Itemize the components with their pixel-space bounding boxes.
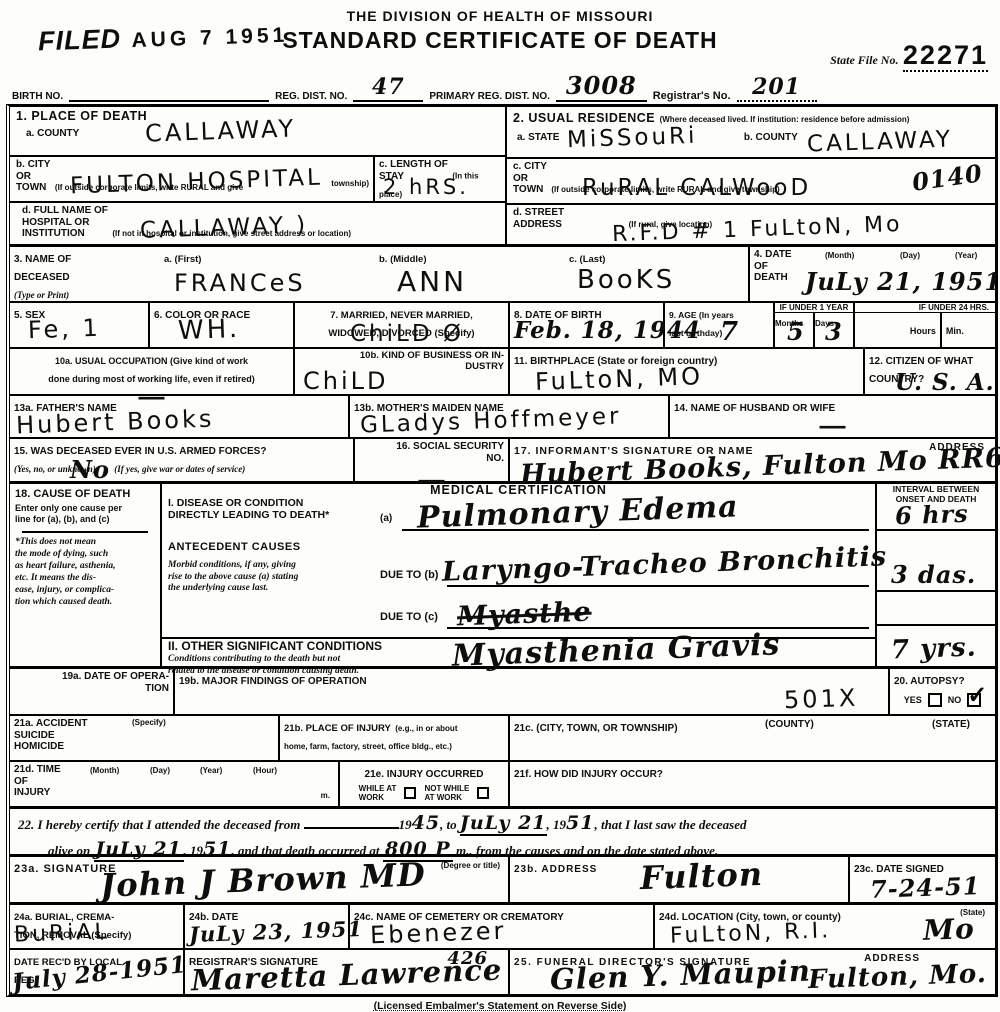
certify-19c: , 19 bbox=[184, 843, 204, 858]
primary-reg-label: PRIMARY REG. DIST. NO. bbox=[429, 91, 550, 102]
middle-name-value: ANN bbox=[397, 265, 467, 298]
date-signed-field: 23c. DATE SIGNED 7-24-51 bbox=[850, 857, 995, 902]
age-value: 7 bbox=[720, 317, 739, 347]
certification-statement: 22. I hereby certify that I attended the… bbox=[10, 809, 995, 857]
place-city-field: b. CITY OR TOWN (If outside corporate li… bbox=[10, 157, 375, 201]
business-value: ChiLD bbox=[303, 367, 389, 395]
date-of-death-year-label: (Year) bbox=[955, 251, 977, 260]
residence-city-value: RuRAL CALWooD bbox=[582, 175, 811, 201]
date-of-birth-value: Feb. 18, 1944 bbox=[514, 317, 701, 344]
place-of-injury-label: 21b. PLACE OF INJURY bbox=[284, 723, 391, 734]
interval-b-value: 3 das. bbox=[891, 560, 976, 589]
date-signed-value: 7-24-51 bbox=[870, 871, 981, 904]
how-injury-occurred-field: 21f. HOW DID INJURY OCCUR? bbox=[510, 762, 995, 806]
check-icon: ✓ bbox=[967, 681, 987, 710]
primary-reg-value: 3008 bbox=[556, 71, 647, 102]
age-min-label: Min. bbox=[946, 326, 964, 336]
birthplace-field: 11. BIRTHPLACE (State or foreign country… bbox=[510, 349, 865, 394]
first-name-label: a. (First) bbox=[164, 254, 201, 265]
certify-seg5: m., from the causes and on the date stat… bbox=[456, 843, 718, 858]
due-to-c-value: Myasthe bbox=[457, 597, 593, 633]
residence-county-label: b. COUNTY bbox=[744, 132, 798, 143]
major-findings-field: 19b. MAJOR FINDINGS OF OPERATION 501X bbox=[175, 669, 890, 714]
not-while-at-work-label: NOT WHILE AT WORK bbox=[424, 784, 469, 802]
autopsy-field: 20. AUTOPSY? YES NO ✓ bbox=[890, 669, 995, 714]
burial-date-field: 24b. DATE JuLy 23, 1951 bbox=[185, 905, 350, 948]
age-min-field: Min. bbox=[942, 313, 995, 347]
informant-row: 15. WAS DECEASED EVER IN U.S. ARMED FORC… bbox=[10, 439, 995, 484]
date-of-death-value: JuLy 21, 1951 bbox=[805, 267, 1000, 296]
place-residence-section: 1. PLACE OF DEATH a. COUNTY CALLAWAY b. … bbox=[10, 107, 995, 247]
date-of-death-day-label: (Day) bbox=[900, 251, 920, 260]
armed-forces-value: No bbox=[70, 455, 110, 484]
injury-occurred-field: 21e. INJURY OCCURRED WHILE AT WORK NOT W… bbox=[340, 762, 510, 806]
certify-seg1: I hereby certify that I attended the dec… bbox=[38, 817, 301, 832]
burial-location-value: FuLtoN, R.I. bbox=[670, 918, 832, 949]
armed-forces-paren2: (If yes, give war or dates of service) bbox=[114, 464, 245, 474]
due-to-b-label: DUE TO (b) bbox=[380, 569, 438, 582]
injury-city-label: 21c. (CITY, TOWN, OR TOWNSHIP) bbox=[514, 723, 678, 734]
autopsy-no-checkbox: ✓ bbox=[967, 693, 981, 707]
ssn-label: 16. SOCIAL SECURITY NO. bbox=[396, 441, 504, 464]
certify-to-date: JuLy 21 bbox=[460, 812, 547, 836]
name-of-deceased-section: 3. NAME OF DECEASED (Type or Print) a. (… bbox=[10, 247, 750, 301]
cause-sidebar: 18. CAUSE OF DEATH Enter only one cause … bbox=[10, 484, 162, 666]
father-name-value: Hubert Books bbox=[16, 405, 215, 440]
certify-to-year: 51 bbox=[566, 812, 594, 834]
street-address-value: R.F.D # 1 FuLtoN, Mo bbox=[612, 212, 903, 247]
place-city-row: b. CITY OR TOWN (If outside corporate li… bbox=[10, 157, 505, 203]
age-days-field: Days 3 bbox=[815, 313, 853, 347]
time-of-injury-label: 21d. TIME OF INJURY bbox=[14, 764, 61, 799]
vital-stats-row: 5. SEX Fe, 1 6. COLOR OR RACE WH. 7. MAR… bbox=[10, 303, 995, 349]
due-to-c-label: DUE TO (c) bbox=[380, 611, 438, 624]
place-county-field: 1. PLACE OF DEATH a. COUNTY CALLAWAY bbox=[10, 107, 505, 157]
antecedent-line: ANTECEDENT CAUSES Morbid conditions, if … bbox=[162, 541, 875, 603]
autopsy-no-label: NO bbox=[948, 695, 962, 705]
accident-suicide-homicide-field: 21a. ACCIDENT SUICIDE HOMICIDE (Specify) bbox=[10, 716, 280, 760]
interval-other-value: 7 yrs. bbox=[891, 633, 978, 666]
date-of-birth-field: 8. DATE OF BIRTH Feb. 18, 1944 bbox=[510, 303, 665, 347]
armed-forces-label: 15. WAS DECEASED EVER IN U.S. ARMED FORC… bbox=[14, 446, 266, 457]
medical-certification-area: MEDICAL CERTIFICATION I. DISEASE OR COND… bbox=[162, 484, 877, 666]
burial-date-value: JuLy 23, 1951 bbox=[189, 916, 364, 947]
residence-title-paren: (Where deceased lived. If institution: r… bbox=[660, 115, 910, 124]
disease-a-label: (a) bbox=[380, 513, 392, 525]
cause-of-death-section: 18. CAUSE OF DEATH Enter only one cause … bbox=[10, 484, 995, 669]
place-city-paren2: township) bbox=[331, 179, 369, 188]
age-months-value: 5 bbox=[787, 317, 805, 346]
date-received-field: DATE REC'D BY LOCAL REG. July 28-1951 bbox=[10, 950, 185, 994]
residence-state-label: a. STATE bbox=[517, 132, 559, 143]
last-name-label: c. (Last) bbox=[569, 254, 605, 265]
registrar-signature-field: REGISTRAR'S SIGNATURE 426 Maretta Lawren… bbox=[185, 950, 510, 994]
first-name-value: FRANCeS bbox=[174, 269, 306, 297]
embalmer-footer-note: (Licensed Embalmer's Statement on Revers… bbox=[0, 1000, 1000, 1012]
under-one-year-label: IF UNDER 1 YEAR bbox=[775, 303, 853, 313]
injury-hour-label: (Hour) bbox=[253, 766, 277, 775]
autopsy-yes-label: YES bbox=[904, 695, 922, 705]
injury-day-label: (Day) bbox=[150, 766, 170, 775]
burial-type-field: 24a. BURIAL, CREMA- TION, REMOVAL (Speci… bbox=[10, 905, 185, 948]
major-findings-value: 501X bbox=[783, 684, 858, 715]
usual-occupation-label: 10a. USUAL OCCUPATION (Give kind of work… bbox=[48, 356, 255, 384]
place-county-label: a. COUNTY bbox=[26, 128, 79, 139]
spouse-name-field: 14. NAME OF HUSBAND OR WIFE — bbox=[670, 396, 995, 437]
accident-suicide-homicide-label: 21a. ACCIDENT SUICIDE HOMICIDE bbox=[14, 718, 88, 753]
marital-status-value: ChiLD Ø bbox=[350, 321, 464, 347]
date-of-death-field: 4. DATE OF DEATH (Month) (Day) (Year) Ju… bbox=[750, 247, 995, 301]
residence-county-value: CALLAWAY bbox=[807, 126, 954, 157]
burial-location-field: 24d. LOCATION (City, town, or county) (S… bbox=[655, 905, 995, 948]
not-while-at-work-checkbox bbox=[477, 787, 489, 799]
age-hours-field: Hours bbox=[855, 313, 942, 347]
place-of-injury-field: 21b. PLACE OF INJURY (e.g., in or about … bbox=[280, 716, 510, 760]
injury-state-label: (STATE) bbox=[932, 719, 970, 731]
spouse-name-label: 14. NAME OF HUSBAND OR WIFE bbox=[674, 403, 835, 414]
injury-row-2: 21d. TIME OF INJURY (Month) (Day) (Year)… bbox=[10, 762, 995, 809]
physician-address-label: 23b. ADDRESS bbox=[514, 864, 597, 875]
state-file-number-block: State File No. 22271 bbox=[830, 40, 988, 71]
name-label: 3. NAME OF DECEASED bbox=[14, 254, 71, 283]
citizen-field: 12. CITIZEN OF WHAT COUNTRY? U. S. A. bbox=[865, 349, 995, 394]
interval-a-value: 6 hrs bbox=[895, 499, 970, 531]
usual-residence-section: 2. USUAL RESIDENCE (Where deceased lived… bbox=[507, 107, 995, 244]
birth-no-label: BIRTH NO. bbox=[12, 91, 63, 102]
father-name-field: 13a. FATHER'S NAME Hubert Books bbox=[10, 396, 350, 437]
certify-from-blank bbox=[304, 827, 399, 829]
physician-signature-row: 23a. SIGNATURE (Degree or title) John J … bbox=[10, 857, 995, 905]
physician-address-field: 23b. ADDRESS Fulton bbox=[510, 857, 850, 902]
color-race-field: 6. COLOR OR RACE WH. bbox=[150, 303, 295, 347]
disease-label: I. DISEASE OR CONDITION DIRECTLY LEADING… bbox=[168, 497, 329, 521]
last-name-value: BooKS bbox=[577, 265, 675, 295]
registrar-no-label: Registrar's No. bbox=[653, 90, 731, 102]
mother-name-field: 13b. MOTHER'S MAIDEN NAME GLadys Hoffmey… bbox=[350, 396, 670, 437]
birthplace-value: FuLtoN, MO bbox=[535, 362, 704, 396]
cemetery-field: 24c. NAME OF CEMETERY OR CREMATORY Ebene… bbox=[350, 905, 655, 948]
date-of-operation-field: 19a. DATE OF OPERA- TION bbox=[10, 669, 175, 714]
under-24hrs-cells: Hours Min. bbox=[855, 313, 995, 347]
certificate-form: 1. PLACE OF DEATH a. COUNTY CALLAWAY b. … bbox=[6, 104, 998, 997]
state-file-number: 22271 bbox=[903, 40, 988, 72]
major-findings-label: 19b. MAJOR FINDINGS OF OPERATION bbox=[179, 676, 367, 687]
death-certificate-document: FILED AUG 7 1951 THE DIVISION OF HEALTH … bbox=[0, 0, 1000, 1012]
certify-19b: , 19 bbox=[547, 817, 567, 832]
spouse-name-value: — bbox=[674, 410, 991, 441]
certify-number: 22. bbox=[18, 817, 34, 832]
age-days-value: 3 bbox=[825, 317, 843, 346]
certify-19a: 19 bbox=[399, 817, 412, 832]
registration-line: BIRTH NO. REG. DIST. NO. 47 PRIMARY REG.… bbox=[0, 78, 1000, 102]
residence-city-field: c. CITY OR TOWN (If outside corporate li… bbox=[507, 159, 995, 205]
residence-city-label: c. CITY OR TOWN bbox=[513, 161, 547, 196]
cause-note2: *This does not mean the mode of dying, s… bbox=[15, 537, 155, 608]
place-of-death-section: 1. PLACE OF DEATH a. COUNTY CALLAWAY b. … bbox=[10, 107, 507, 244]
under-one-year-group: IF UNDER 1 YEAR Months 5 Days 3 bbox=[775, 303, 855, 347]
institution-field: d. FULL NAME OF HOSPITAL OR INSTITUTION … bbox=[10, 203, 505, 245]
registrar-no-value: 201 bbox=[737, 74, 817, 102]
registrar-row: DATE REC'D BY LOCAL REG. July 28-1951 RE… bbox=[10, 950, 995, 994]
certify-seg3: alive on bbox=[48, 843, 90, 858]
certify-seg4: , and that death occurred at bbox=[231, 843, 379, 858]
place-county-value: CALLAWAY bbox=[145, 114, 297, 147]
operation-row: 19a. DATE OF OPERA- TION 19b. MAJOR FIND… bbox=[10, 669, 995, 716]
reg-dist-label: REG. DIST. NO. bbox=[275, 91, 347, 102]
first-name-field: a. (First) FRANCeS bbox=[164, 249, 379, 299]
injury-county-label: (COUNTY) bbox=[765, 719, 814, 731]
injury-row-1: 21a. ACCIDENT SUICIDE HOMICIDE (Specify)… bbox=[10, 716, 995, 762]
residence-state-county-row: 2. USUAL RESIDENCE (Where deceased lived… bbox=[507, 107, 995, 159]
name-label-paren: (Type or Print) bbox=[14, 290, 69, 300]
interval-column: INTERVAL BETWEEN ONSET AND DEATH 6 hrs 3… bbox=[877, 484, 995, 666]
birth-no-blank bbox=[69, 88, 269, 102]
residence-title: 2. USUAL RESIDENCE bbox=[513, 111, 655, 125]
informant-field: 17. INFORMANT'S SIGNATURE OR NAME ADDRES… bbox=[510, 439, 995, 481]
business-field: 10b. KIND OF BUSINESS OR IN- DUSTRY ChiL… bbox=[295, 349, 510, 394]
sex-value: Fe, 1 bbox=[28, 314, 102, 345]
certify-from-year: 45 bbox=[412, 812, 440, 834]
name-date-row: 3. NAME OF DECEASED (Type or Print) a. (… bbox=[10, 247, 995, 303]
last-name-field: c. (Last) BooKS bbox=[569, 249, 744, 299]
while-at-work-label: WHILE AT WORK bbox=[359, 784, 397, 802]
degree-title-paren: (Degree or title) bbox=[441, 861, 500, 870]
date-of-operation-label: 19a. DATE OF OPERA- TION bbox=[14, 671, 169, 694]
date-of-death-label: 4. DATE OF DEATH bbox=[754, 249, 792, 284]
place-city-value: FULTON HOSPITAL bbox=[70, 165, 324, 200]
place-city-label: b. CITY OR TOWN bbox=[16, 159, 50, 194]
under-24hrs-label: IF UNDER 24 HRS. bbox=[855, 303, 995, 313]
usual-occupation-field: 10a. USUAL OCCUPATION (Give kind of work… bbox=[10, 349, 295, 394]
parents-row: 13a. FATHER'S NAME Hubert Books 13b. MOT… bbox=[10, 396, 995, 439]
cemetery-value: Ebenezer bbox=[370, 917, 507, 950]
autopsy-label: 20. AUTOPSY? bbox=[894, 676, 965, 687]
residence-city-code: 0140 bbox=[911, 158, 985, 197]
middle-name-label: b. (Middle) bbox=[379, 254, 427, 265]
name-label-block: 3. NAME OF DECEASED (Type or Print) bbox=[14, 249, 164, 299]
marital-status-field: 7. MARRIED, NEVER MARRIED, WIDOWED, DIVO… bbox=[295, 303, 510, 347]
cause-note1: Enter only one cause per line for (a), (… bbox=[15, 503, 155, 526]
burial-type-value: BuRiAL bbox=[14, 919, 111, 947]
injury-occurred-label: 21e. INJURY OCCURRED bbox=[365, 769, 484, 780]
physician-address-value: Fulton bbox=[639, 855, 763, 897]
date-of-death-month-label: (Month) bbox=[825, 251, 854, 260]
length-of-stay-value: 2 hRS. bbox=[383, 175, 469, 199]
certificate-header: FILED AUG 7 1951 THE DIVISION OF HEALTH … bbox=[0, 0, 1000, 78]
institution-label: d. FULL NAME OF HOSPITAL OR INSTITUTION bbox=[22, 205, 108, 240]
under-24hrs-group: IF UNDER 24 HRS. Hours Min. bbox=[855, 303, 995, 347]
disease-line: I. DISEASE OR CONDITION DIRECTLY LEADING… bbox=[162, 497, 875, 541]
institution-value: CALLAWAY ) bbox=[140, 212, 309, 244]
sex-field: 5. SEX Fe, 1 bbox=[10, 303, 150, 347]
street-address-label: d. STREET ADDRESS bbox=[513, 207, 564, 230]
citizen-value: U. S. A. bbox=[895, 369, 995, 396]
middle-name-field: b. (Middle) ANN bbox=[379, 249, 569, 299]
injury-month-label: (Month) bbox=[90, 766, 119, 775]
funeral-address-value: Fulton, Mo. bbox=[808, 959, 988, 995]
certify-to-word: , to bbox=[440, 817, 457, 832]
occupation-row: 10a. USUAL OCCUPATION (Give kind of work… bbox=[10, 349, 995, 396]
armed-forces-field: 15. WAS DECEASED EVER IN U.S. ARMED FORC… bbox=[10, 439, 355, 481]
age-hours-label: Hours bbox=[910, 326, 936, 336]
length-of-stay-field: c. LENGTH OF STAY (In this place) 2 hRS. bbox=[375, 157, 505, 201]
funeral-director-field: 25. FUNERAL DIRECTOR'S SIGNATURE ADDRESS… bbox=[510, 950, 995, 994]
under-one-year-cells: Months 5 Days 3 bbox=[775, 313, 853, 347]
time-of-injury-field: 21d. TIME OF INJURY (Month) (Day) (Year)… bbox=[10, 762, 340, 806]
reg-dist-value: 47 bbox=[353, 74, 423, 102]
physician-signature-value: John J Brown MD bbox=[99, 855, 426, 904]
autopsy-yes-checkbox bbox=[928, 693, 942, 707]
injury-year-label: (Year) bbox=[200, 766, 222, 775]
burial-state-value: Mo bbox=[923, 912, 976, 947]
how-injury-occurred-label: 21f. HOW DID INJURY OCCUR? bbox=[514, 769, 663, 780]
certify-seg2: , that I last saw the deceased bbox=[594, 817, 746, 832]
burial-row: 24a. BURIAL, CREMA- TION, REMOVAL (Speci… bbox=[10, 905, 995, 950]
physician-signature-field: 23a. SIGNATURE (Degree or title) John J … bbox=[10, 857, 510, 902]
age-months-field: Months 5 bbox=[775, 313, 815, 347]
injury-m-suffix: m. bbox=[321, 791, 330, 800]
residence-state-value: MiSSouRi bbox=[567, 123, 698, 154]
division-line: THE DIVISION OF HEALTH OF MISSOURI bbox=[0, 8, 1000, 24]
ssn-field: 16. SOCIAL SECURITY NO. — bbox=[355, 439, 510, 481]
street-address-field: d. STREET ADDRESS (If rural, give locati… bbox=[507, 205, 995, 245]
injury-location-field: 21c. (CITY, TOWN, OR TOWNSHIP) (COUNTY) … bbox=[510, 716, 995, 760]
while-at-work-checkbox bbox=[404, 787, 416, 799]
medical-certification-title: MEDICAL CERTIFICATION bbox=[162, 483, 875, 497]
accident-specify-paren: (Specify) bbox=[132, 718, 166, 727]
cause-title: 18. CAUSE OF DEATH bbox=[15, 488, 155, 501]
color-race-value: WH. bbox=[177, 314, 240, 346]
state-file-label: State File No. bbox=[830, 53, 898, 67]
